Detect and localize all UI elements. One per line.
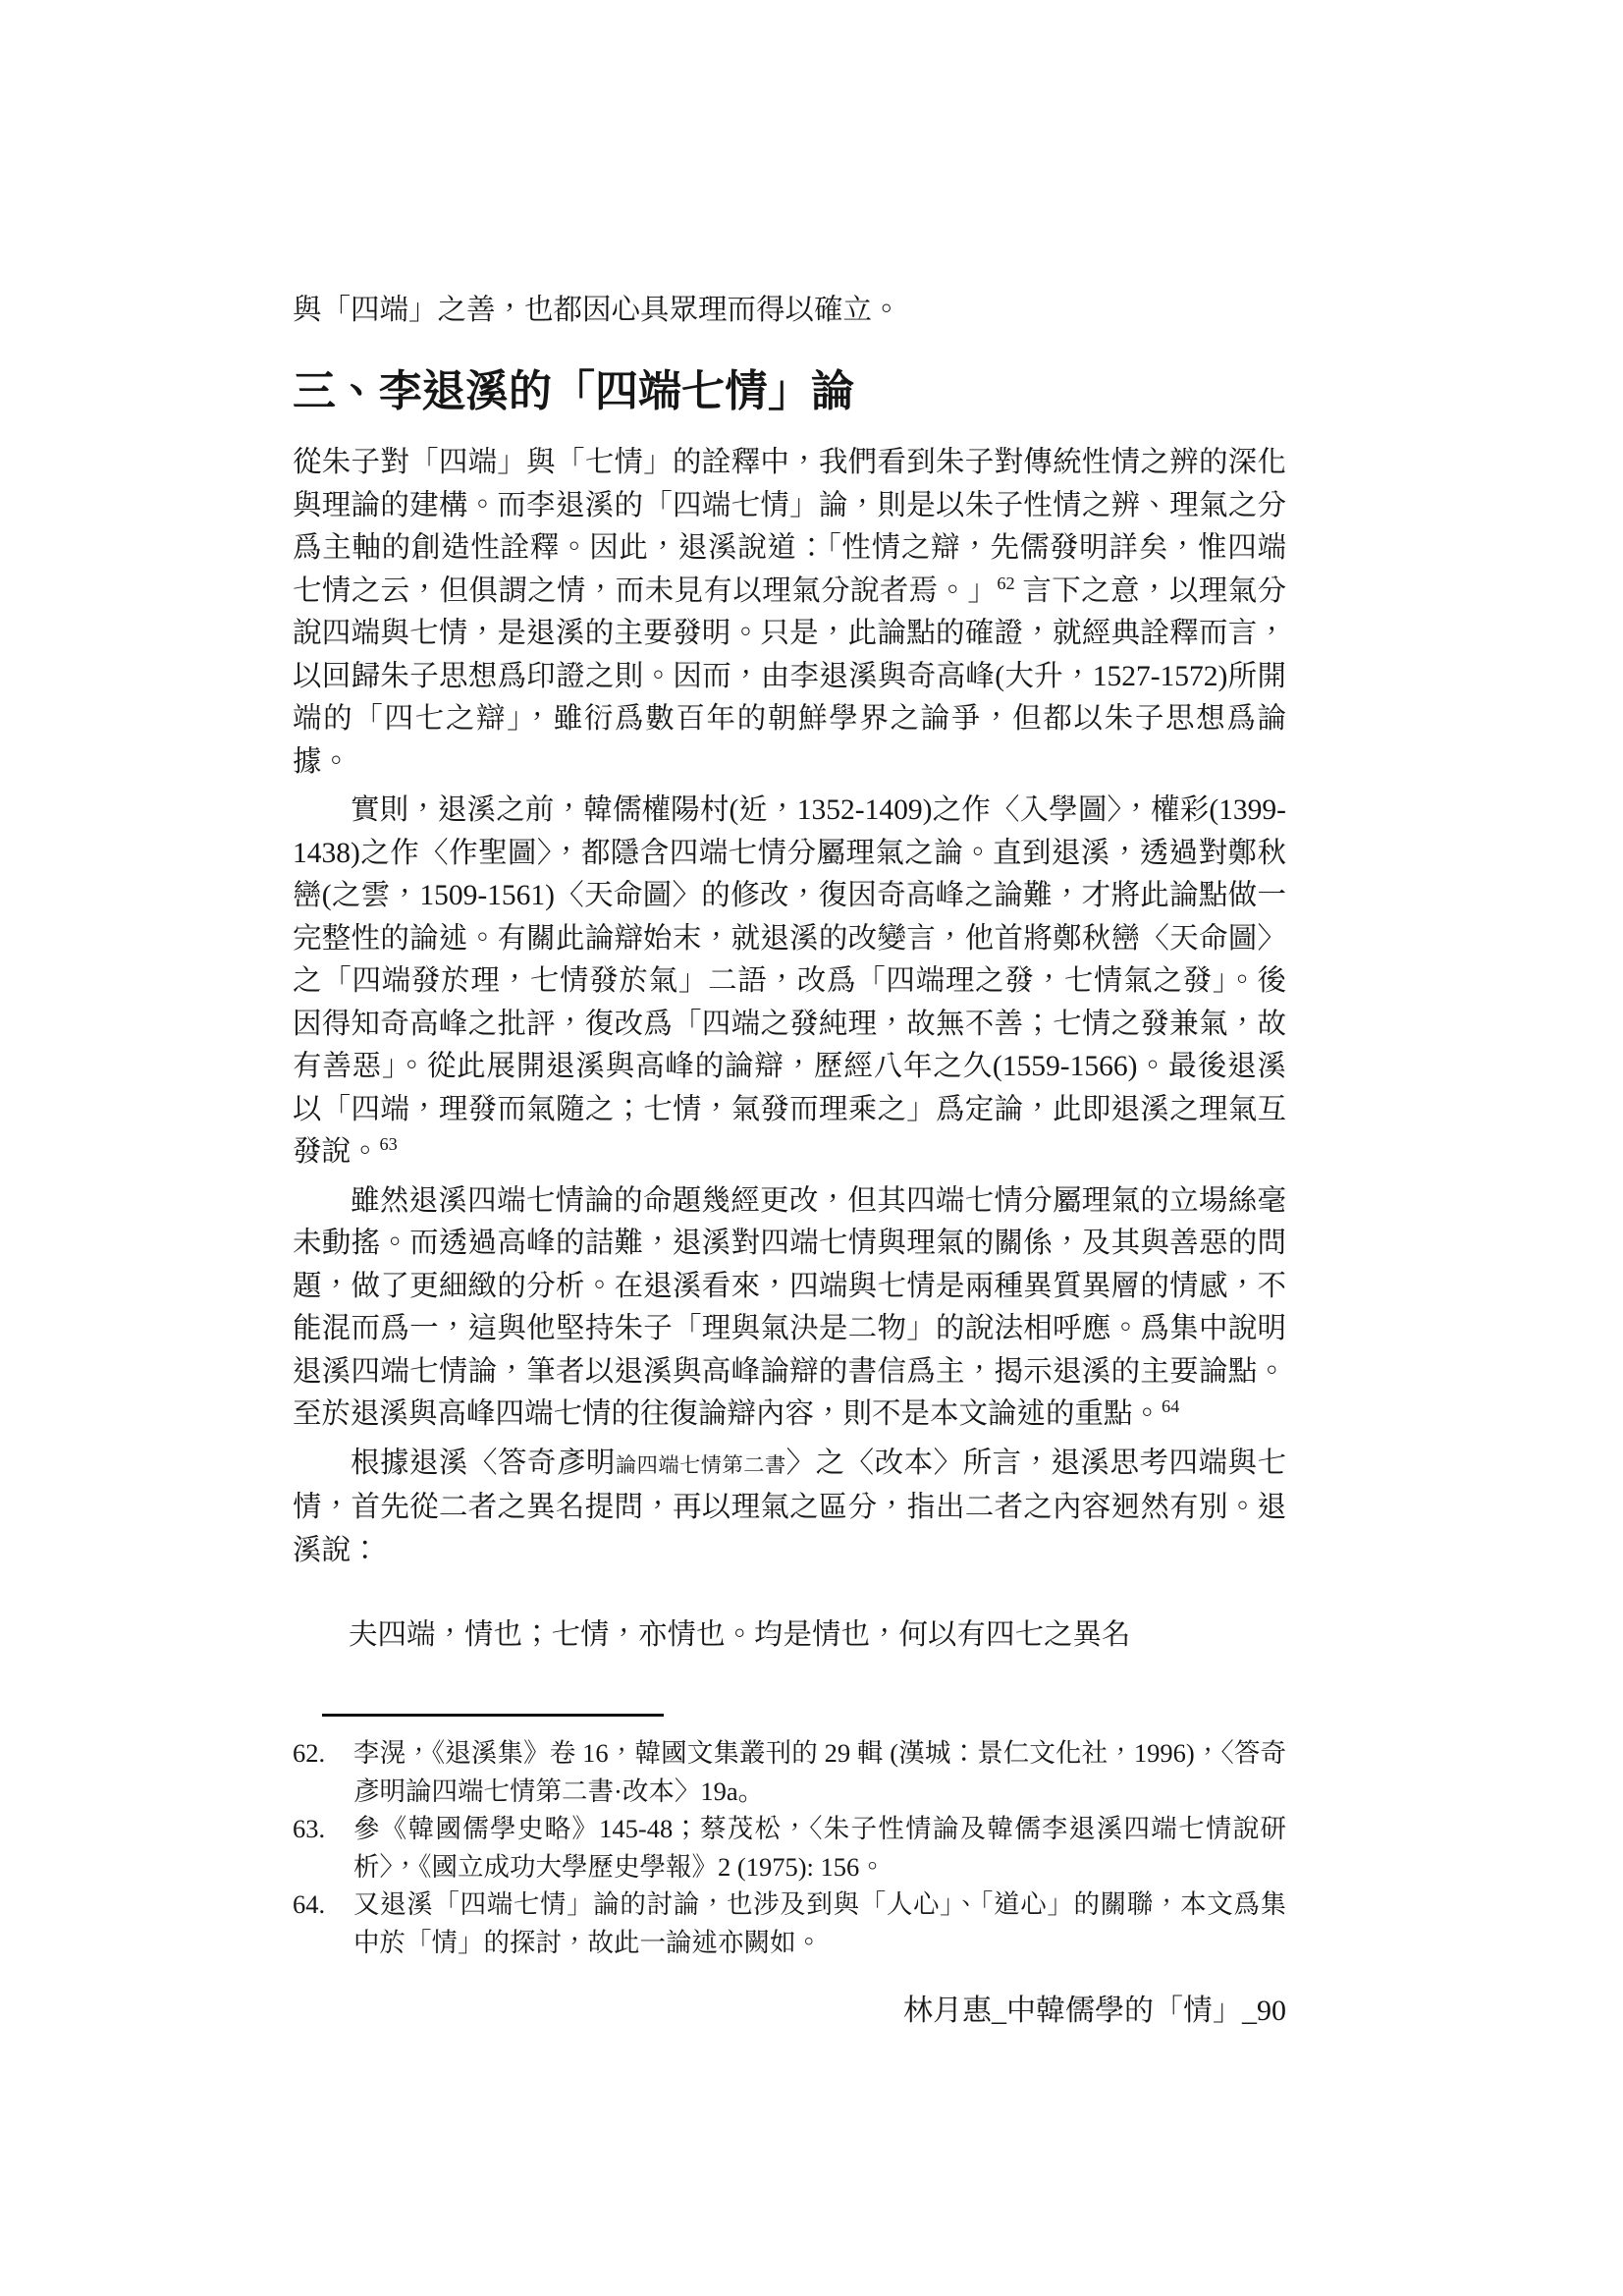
- paragraph-text: 根據退溪〈答奇彥明: [351, 1448, 616, 1479]
- footnote: 64.又退溪「四端七情」論的討論，也涉及到與「人心」、「道心」的關聯，本文爲集中…: [293, 1886, 1286, 1961]
- paragraph: 從朱子對「四端」與「七情」的詮釋中，我們看到朱子對傳統性情之辨的深化與理論的建構…: [293, 442, 1286, 784]
- paragraph: 實則，退溪之前，韓儒權陽村(近，1352-1409)之作〈入學圖〉，權彩(139…: [293, 790, 1286, 1175]
- footnote: 63.參《韓國儒學史略》145-48；蔡茂松，〈朱子性情論及韓儒李退溪四端七情說…: [293, 1810, 1286, 1886]
- section-heading: 三、李退溪的「四端七情」論: [293, 365, 1286, 418]
- page-content: 與「四端」之善，也都因心具眾理而得以確立。 三、李退溪的「四端七情」論 從朱子對…: [293, 289, 1286, 1961]
- footnote-number: 64.: [293, 1886, 350, 1924]
- footnote-reference: 63: [380, 1134, 398, 1154]
- footnotes: 62.李滉，《退溪集》卷 16，韓國文集叢刊的 29 輯 (漢城：景仁文化社，1…: [293, 1734, 1286, 1961]
- paragraph: 雖然退溪四端七情論的命題幾經更改，但其四端七情分屬理氣的立場絲毫未動搖。而透過高…: [293, 1180, 1286, 1437]
- footnote-text: 又退溪「四端七情」論的討論，也涉及到與「人心」、「道心」的關聯，本文爲集中於「情…: [353, 1889, 1286, 1957]
- footnote: 62.李滉，《退溪集》卷 16，韓國文集叢刊的 29 輯 (漢城：景仁文化社，1…: [293, 1734, 1286, 1810]
- paragraph-text: 雖然退溪四端七情論的命題幾經更改，但其四端七情分屬理氣的立場絲毫未動搖。而透過高…: [293, 1185, 1286, 1431]
- inline-small-text: 論四端七情第二書: [616, 1453, 786, 1477]
- footnote-text: 李滉，《退溪集》卷 16，韓國文集叢刊的 29 輯 (漢城：景仁文化社，1996…: [353, 1738, 1286, 1806]
- paragraph: 根據退溪〈答奇彥明論四端七情第二書〉之〈改本〉所言，退溪思考四端與七情，首先從二…: [293, 1443, 1286, 1573]
- continuation-line: 與「四端」之善，也都因心具眾理而得以確立。: [293, 289, 1286, 332]
- footnote-number: 63.: [293, 1810, 350, 1848]
- page-footer: 林月惠_中韓儒學的「情」_90: [903, 1992, 1286, 2031]
- footnote-separator: [322, 1714, 664, 1717]
- footnote-reference: 62: [997, 574, 1014, 593]
- footnote-reference: 64: [1162, 1396, 1179, 1416]
- document-page: 與「四端」之善，也都因心具眾理而得以確立。 三、李退溪的「四端七情」論 從朱子對…: [0, 0, 1623, 2296]
- body-paragraphs: 從朱子對「四端」與「七情」的詮釋中，我們看到朱子對傳統性情之辨的深化與理論的建構…: [293, 442, 1286, 1572]
- block-quote: 夫四端，情也；七情，亦情也。均是情也，何以有四七之異名: [349, 1613, 1286, 1657]
- footnote-text: 參《韓國儒學史略》145-48；蔡茂松，〈朱子性情論及韓儒李退溪四端七情說研析〉…: [353, 1814, 1286, 1882]
- footnote-number: 62.: [293, 1734, 350, 1773]
- paragraph-text: 實則，退溪之前，韓儒權陽村(近，1352-1409)之作〈入學圖〉，權彩(139…: [293, 794, 1286, 1168]
